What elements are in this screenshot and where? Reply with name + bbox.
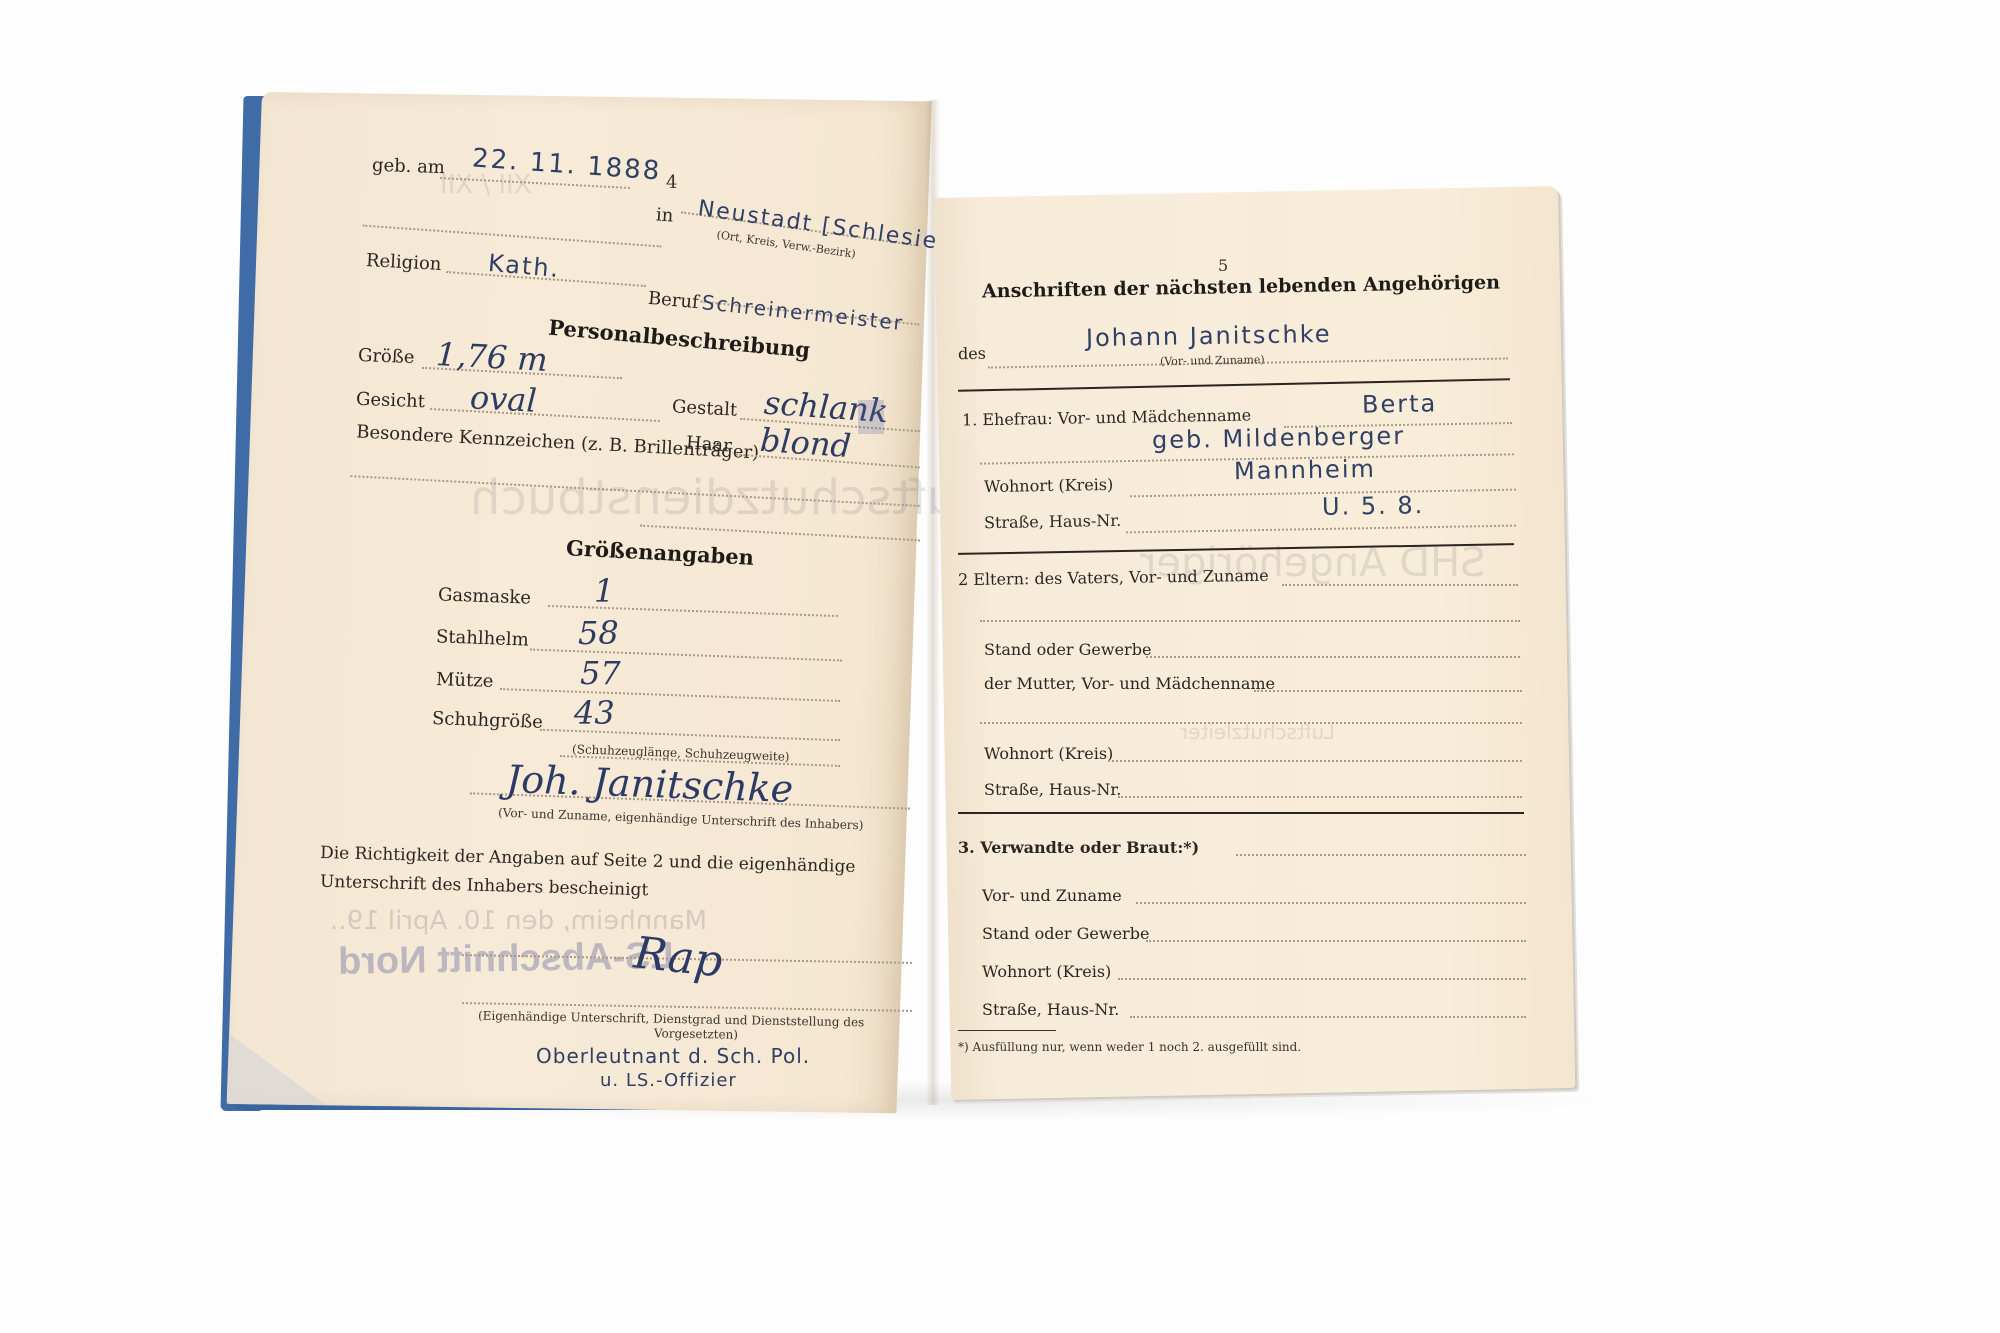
parents-residence-label: Wohnort (Kreis) xyxy=(984,744,1113,763)
spouse-street-value: U. 5. 8. xyxy=(1322,491,1425,521)
section-divider xyxy=(958,812,1524,814)
spouse-street-label: Straße, Haus-Nr. xyxy=(984,511,1122,532)
gas-mask-value: 1 xyxy=(594,572,614,610)
superior-signature: Rap xyxy=(632,928,725,988)
mother-name-line xyxy=(1254,690,1522,692)
relatives-or-bride-label: 3. Verwandte oder Braut:*) xyxy=(958,838,1199,857)
shoe-size-value: 43 xyxy=(574,694,615,732)
parents-street-label: Straße, Haus-Nr. xyxy=(984,780,1121,799)
relative-name-label: Vor- und Zuname xyxy=(982,886,1122,905)
relatives-line xyxy=(1236,854,1526,856)
father-occupation-label: Stand oder Gewerbe xyxy=(984,640,1151,659)
parents-residence-line xyxy=(1108,760,1522,762)
steel-helmet-value: 58 xyxy=(578,614,619,652)
hair-value: blond xyxy=(759,421,853,465)
father-name-line xyxy=(1282,584,1518,586)
relative-street-line xyxy=(1130,1016,1526,1018)
mother-name-label: der Mutter, Vor- und Mädchenname xyxy=(984,674,1275,693)
page-number-5: 5 xyxy=(1218,256,1228,275)
spouse-residence-label: Wohnort (Kreis) xyxy=(984,475,1114,496)
relative-occupation-label: Stand oder Gewerbe xyxy=(982,924,1149,943)
gas-mask-label: Gasmaske xyxy=(438,584,532,608)
steel-helmet-label: Stahlhelm xyxy=(436,626,529,650)
relative-residence-label: Wohnort (Kreis) xyxy=(982,962,1111,981)
face-value: oval xyxy=(469,378,538,419)
spouse-name-value: Berta xyxy=(1362,389,1438,418)
cap-value: 57 xyxy=(580,654,621,692)
relative-name-line xyxy=(1136,902,1526,904)
relative-street-label: Straße, Haus-Nr. xyxy=(982,1000,1119,1019)
holder-name-value: Johann Janitschke xyxy=(1086,320,1332,352)
spouse-residence-value: Mannheim xyxy=(1234,455,1376,485)
relative-residence-line xyxy=(1118,978,1526,980)
stamp-bleed-mark xyxy=(858,400,884,434)
build-label: Gestalt xyxy=(671,396,737,420)
relative-occupation-line xyxy=(1146,940,1526,942)
rank-line2: u. LS.-Offizier xyxy=(600,1070,737,1091)
birth-place-label: in xyxy=(655,204,674,226)
superior-hint-line2: Vorgesetzten) xyxy=(654,1026,738,1041)
footnote: *) Ausfüllung nur, wenn weder 1 noch 2. … xyxy=(958,1040,1301,1054)
shoe-size-label: Schuhgröße xyxy=(432,708,544,733)
height-value: 1,76 m xyxy=(435,335,549,379)
holder-name-label: des xyxy=(958,344,986,363)
birth-date-label: geb. am xyxy=(372,155,446,179)
folded-corner xyxy=(227,1034,329,1105)
occupation-label: Beruf xyxy=(647,288,699,313)
bleed-through-stamp: LS-Abschnitt Nord xyxy=(338,935,674,984)
page-number-4: 4 xyxy=(666,172,677,193)
bleed-through-text: Luftschutzdienstbuch xyxy=(470,470,983,526)
mother-name-line-2 xyxy=(980,722,1522,724)
cap-label: Mütze xyxy=(436,669,494,692)
height-label: Größe xyxy=(358,345,415,368)
father-occupation-line xyxy=(1146,656,1520,658)
spouse-maiden-value: geb. Mildenberger xyxy=(1152,422,1406,454)
footnote-rule xyxy=(958,1030,1056,1031)
face-label: Gesicht xyxy=(356,389,426,412)
parents-street-line xyxy=(1118,796,1522,798)
religion-label: Religion xyxy=(366,250,442,275)
rank-line1: Oberleutnant d. Sch. Pol. xyxy=(536,1044,810,1068)
hair-label: Haar xyxy=(685,432,732,456)
holder-name-hint: (Vor- und Zuname) xyxy=(1160,353,1265,368)
father-name-line-2 xyxy=(980,620,1520,622)
